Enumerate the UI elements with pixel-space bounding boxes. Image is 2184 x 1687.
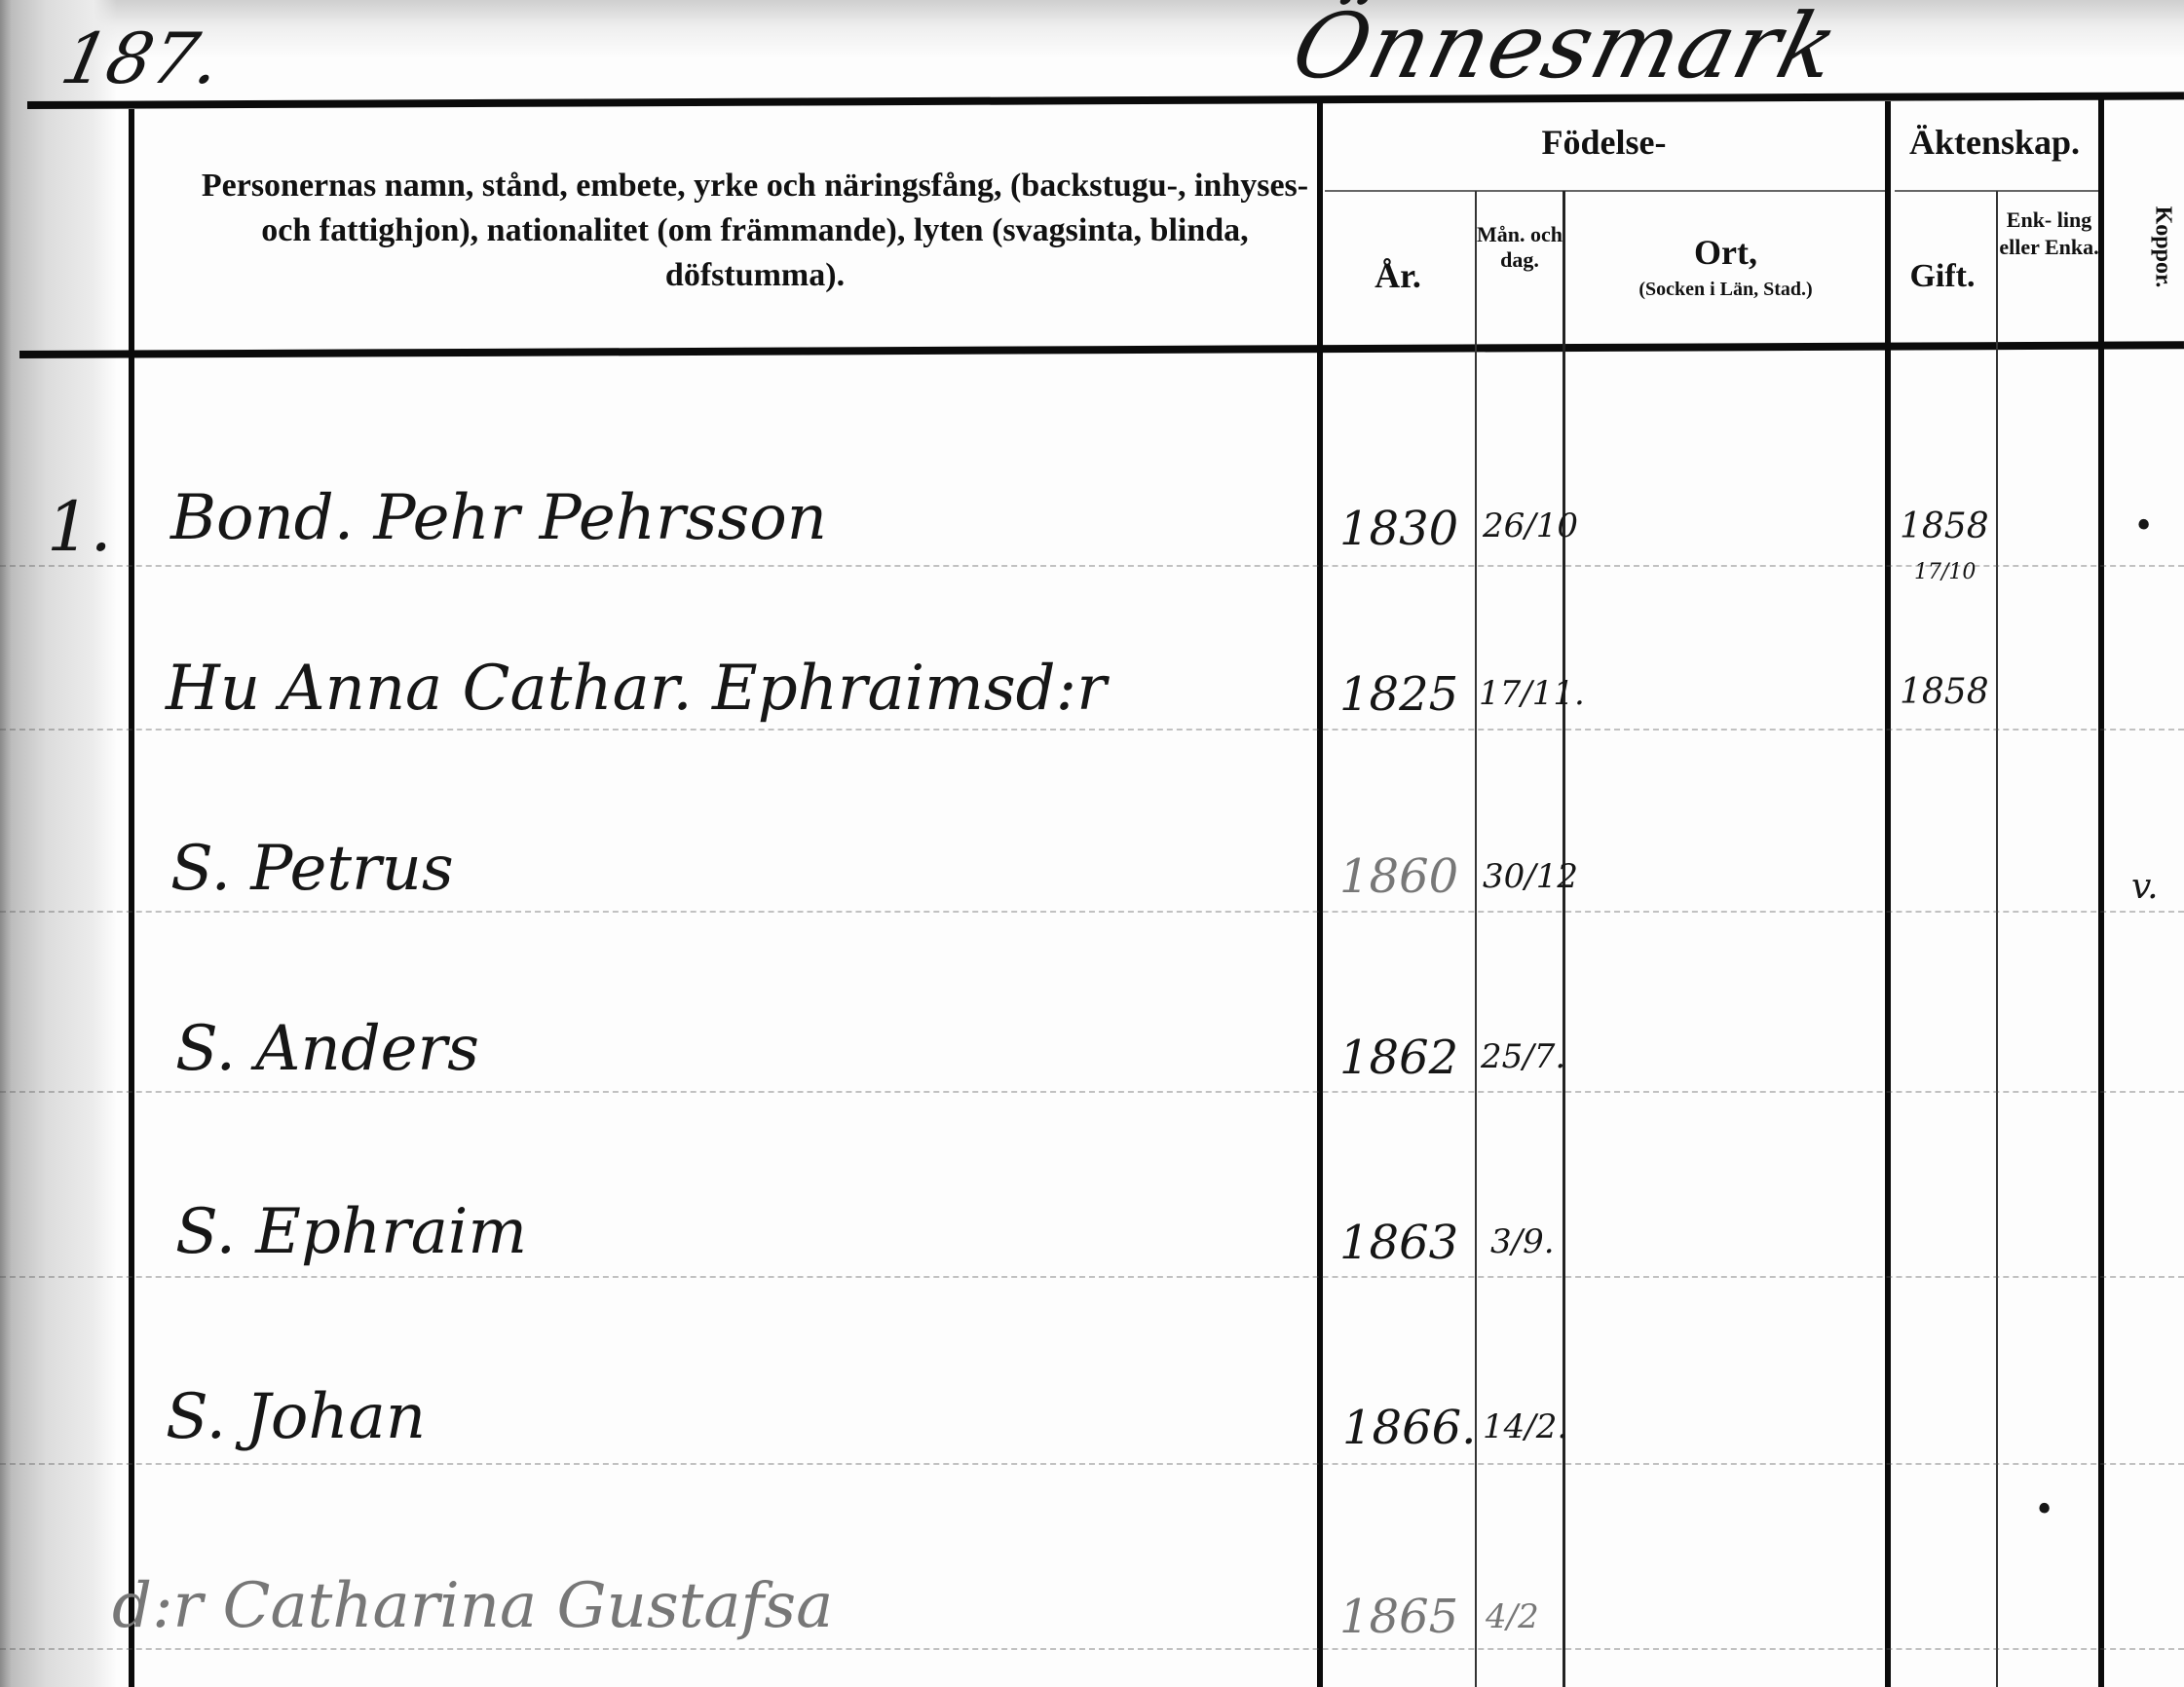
book-binding-edge	[0, 0, 117, 1687]
row-name: S. Petrus	[170, 833, 454, 905]
header-year: År.	[1320, 255, 1476, 296]
row-birth-year: 1862	[1339, 1031, 1458, 1085]
header-bottom-rule	[19, 341, 2184, 358]
row-birth-year: 1866.	[1342, 1401, 1476, 1455]
row-line-1	[0, 565, 2184, 567]
header-aktenskap-group: Äktenskap.	[1888, 122, 2101, 163]
page-top-shadow	[0, 0, 2184, 58]
row-name: S. Ephraim	[175, 1196, 527, 1268]
row-line-7	[0, 1648, 2184, 1650]
column-rule-place-marriage	[1885, 101, 1891, 1687]
row-birth-date: 17/11.	[1479, 674, 1585, 713]
row-birth-year: 1863	[1339, 1216, 1458, 1270]
header-subdivider-fodelse	[1325, 190, 1888, 192]
row-line-4	[0, 1091, 2184, 1093]
row-birth-year: 1865	[1339, 1590, 1458, 1644]
row-name: Bond. Pehr Pehrsson	[170, 482, 827, 554]
row-name: S. Johan	[166, 1381, 426, 1453]
row-line-3	[0, 911, 2184, 913]
row-line-2	[0, 729, 2184, 731]
column-rule-name-birth	[1317, 103, 1323, 1687]
header-widowed: Enk- ling eller Enka.	[1997, 206, 2101, 261]
row-birth-year: 1825	[1339, 667, 1458, 722]
column-rule-marriage-koppor	[2098, 99, 2104, 1687]
header-fodelse-group: Födelse-	[1320, 122, 1888, 163]
row-name: d:r Catharina Gustafsa	[112, 1570, 833, 1642]
row-married-year: 1858	[1900, 506, 1989, 546]
row-married-date: 17/10	[1914, 560, 1976, 584]
row-line-5	[0, 1276, 2184, 1278]
page-number: 187.	[55, 18, 228, 99]
header-month-day: Mån. och dag.	[1476, 222, 1563, 273]
row-birth-date: 3/9.	[1490, 1222, 1555, 1261]
header-top-rule	[27, 92, 2184, 109]
header-place: Ort, (Socken i Län, Stad.)	[1563, 234, 1888, 308]
row-birth-date: 14/2.	[1483, 1407, 1567, 1446]
row-birth-year: 1860	[1339, 849, 1458, 904]
header-married: Gift.	[1888, 258, 1997, 295]
row-birth-date: 26/10	[1483, 506, 1578, 545]
row-widowed-mark: •	[2034, 1490, 2054, 1530]
header-place-title: Ort,	[1694, 233, 1757, 272]
row-birth-date: 4/2	[1486, 1597, 1539, 1636]
row-name: S. Anders	[175, 1013, 479, 1085]
row-smallpox-mark: •	[2133, 506, 2154, 546]
column-rule-left	[129, 109, 134, 1687]
header-name-column: Personernas namn, stånd, embete, yrke oc…	[195, 164, 1315, 298]
header-smallpox: Koppor.	[2150, 169, 2176, 325]
row-birth-date: 25/7.	[1481, 1037, 1565, 1076]
household-number: 1.	[47, 487, 112, 567]
row-birth-year: 1830	[1339, 502, 1458, 556]
row-smallpox-mark: v.	[2131, 867, 2159, 907]
header-place-subtitle: (Socken i Län, Stad.)	[1563, 271, 1888, 308]
row-birth-date: 30/12	[1483, 857, 1578, 896]
row-name: Hu Anna Cathar. Ephraimsd:r	[166, 653, 1107, 725]
village-name: Önnesmark	[1283, 0, 1850, 98]
row-line-6	[0, 1463, 2184, 1465]
row-married-year: 1858	[1900, 672, 1989, 712]
